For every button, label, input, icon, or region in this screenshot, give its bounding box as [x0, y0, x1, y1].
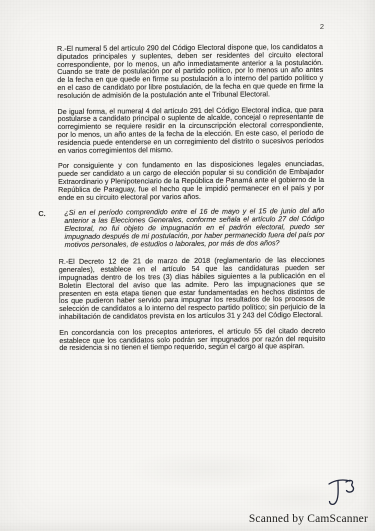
question-item-c: C. ¿Si en el período comprendido entre e…: [58, 207, 324, 248]
answer-paragraph-decreto-12: R.-El Decreto 12 de 21 de marzo de 2018 …: [59, 256, 325, 320]
answer-paragraph-numeral-4: De igual forma, el numeral 4 del artícul…: [57, 105, 323, 154]
handwritten-initials-signature: [326, 474, 360, 510]
camscanner-watermark: Scanned by CamScanner: [249, 513, 368, 525]
answer-paragraph-concordancia: En concordancia con los preceptos anteri…: [59, 327, 325, 352]
page-number: 2: [320, 22, 324, 31]
scanned-document-page: 2 R.-El numeral 5 del artículo 290 del C…: [0, 0, 375, 531]
answer-paragraph-numeral-5: R.-El numeral 5 del artículo 290 del Cód…: [57, 43, 323, 100]
answer-paragraph-conclusion: Por consiguiente y con fundamento en las…: [58, 160, 324, 201]
question-c-marker: C.: [38, 209, 45, 218]
document-content: R.-El numeral 5 del artículo 290 del Cód…: [57, 43, 325, 360]
question-c-text: ¿Si en el período comprendido entre el 1…: [64, 207, 324, 248]
